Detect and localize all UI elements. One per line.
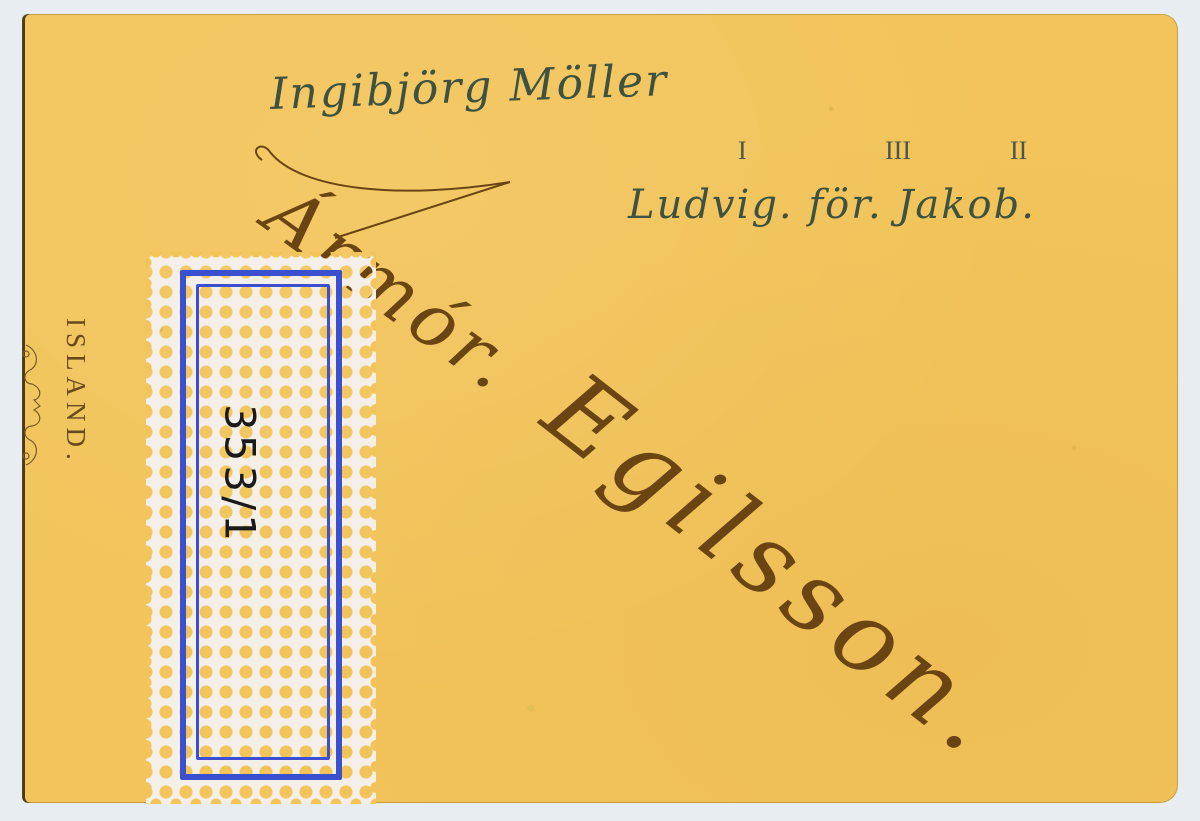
archive-number: 353/1 [216,395,265,555]
flourish-ornament-icon [18,340,48,470]
roman-numeral-1: I [738,136,747,166]
printed-imprint-island: ISLAND. [60,318,91,466]
pencil-names-row: Ludvig. för. Jakob. [628,182,1036,228]
roman-numeral-2: II [1010,136,1027,166]
roman-numeral-3: III [885,136,911,166]
